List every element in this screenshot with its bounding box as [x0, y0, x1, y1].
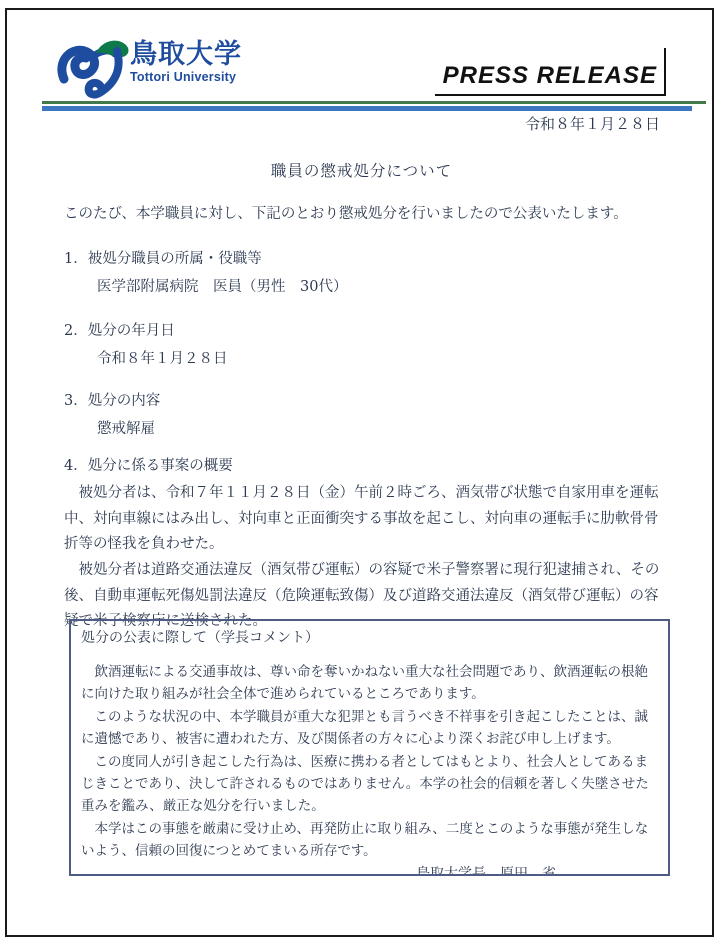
section-3-heading: 3．処分の内容	[64, 391, 668, 411]
section-4-heading: 4．処分に係る事案の概要	[64, 456, 668, 476]
president-signature: 鳥取大学長 原田 省	[71, 863, 556, 876]
section-2-body: 令和８年１月２８日	[97, 349, 667, 369]
section-3-body: 懲戒解雇	[97, 419, 667, 439]
logo-text-block: 鳥取大学 Tottori University	[130, 41, 242, 84]
separator-line-blue	[42, 106, 692, 111]
intro-paragraph: このたび、本学職員に対し、下記のとおり懲戒処分を行いましたので公表いたします。	[64, 204, 668, 224]
section-1-heading: 1．被処分職員の所属・役職等	[64, 249, 668, 269]
tottori-university-logo-icon	[54, 37, 134, 99]
press-release-label: PRESS RELEASE	[437, 62, 657, 90]
president-comment-box: 処分の公表に際して（学長コメント） 飲酒運転による交通事故は、尊い命を奪いかねな…	[69, 619, 670, 876]
section-4-paragraph-1: 被処分者は、令和７年１１月２８日（金）午前２時ごろ、酒気帯び状態で自家用車を運転…	[64, 481, 670, 558]
press-release-rule-vertical	[664, 48, 666, 96]
comment-box-heading: 処分の公表に際して（学長コメント）	[81, 629, 660, 648]
press-release-rule-horizontal	[435, 94, 666, 96]
section-2-heading: 2．処分の年月日	[64, 321, 668, 341]
university-name-en: Tottori University	[130, 71, 242, 84]
press-release-page: 鳥取大学 Tottori University PRESS RELEASE 令和…	[5, 8, 714, 937]
university-name: 鳥取大学	[130, 41, 242, 68]
section-1-body: 医学部附属病院 医員（男性 30代）	[97, 277, 667, 297]
release-date: 令和８年１月２８日	[525, 114, 660, 134]
comment-box-body: 飲酒運転による交通事故は、尊い命を奪いかねない重大な社会問題であり、飲酒運転の根…	[81, 661, 660, 863]
separator-line-green	[42, 101, 706, 104]
document-title: 職員の懲戒処分について	[7, 161, 714, 181]
